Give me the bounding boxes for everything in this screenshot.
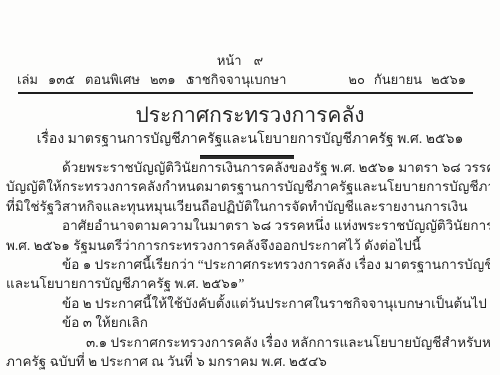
body-line: ข้อ ๓ ให้ยกเลิก	[6, 313, 490, 332]
body-line: ด้วยพระราชบัญญัติวินัยการเงินการคลังของร…	[6, 158, 490, 177]
body-line: ภาครัฐ ฉบับที่ ๒ ประกาศ ณ วันที่ ๖ มกราค…	[6, 352, 490, 371]
body-line: ข้อ ๒ ประกาศนี้ให้ใช้บังคับตั้งแต่วันประ…	[6, 294, 490, 313]
gazette-name: ราชกิจจานุเบกษา	[188, 71, 287, 89]
body-line: พ.ศ. ๒๕๖๑ รัฐมนตรีว่าการกระทรวงการคลังจึ…	[6, 236, 490, 255]
document-body: ด้วยพระราชบัญญัติวินัยการเงินการคลังของร…	[6, 158, 490, 371]
date-year: ๒๕๖๑	[431, 71, 466, 89]
page-number-row: หน้า ๙	[217, 53, 263, 69]
publication-date: ๒๐ กันยายน ๒๕๖๑	[348, 71, 466, 89]
body-line: ๓.๑ ประกาศกระทรวงการคลัง เรื่อง หลักการแ…	[6, 333, 490, 352]
body-line: บัญญัติให้กระทรวงการคลังกำหนดมาตรฐานการบ…	[6, 177, 490, 196]
document-title: ประกาศกระทรวงการคลัง	[0, 103, 500, 128]
date-month: กันยายน	[374, 71, 422, 89]
volume-label: เล่ม	[17, 71, 38, 89]
issue-number: ๒๓๑	[150, 71, 176, 89]
body-line: ที่มิใช่รัฐวิสาหกิจและทุนหมุนเวียนถือปฏิ…	[6, 197, 490, 216]
volume-issue-group: เล่ม ๑๓๕ ตอนพิเศษ ๒๓๑ ง	[17, 71, 192, 89]
issue-label: ตอนพิเศษ	[85, 71, 140, 89]
page-number: ๙	[254, 53, 264, 69]
page-label: หน้า	[217, 53, 242, 69]
gazette-page: หน้า ๙ เล่ม ๑๓๕ ตอนพิเศษ ๒๓๑ ง ราชกิจจาน…	[0, 0, 500, 375]
date-day: ๒๐	[348, 71, 365, 89]
masthead-row: เล่ม ๑๓๕ ตอนพิเศษ ๒๓๑ ง ราชกิจจานุเบกษา …	[0, 71, 500, 89]
document-subject: เรื่อง มาตรฐานการบัญชีภาครัฐและนโยบายการ…	[0, 130, 500, 149]
body-line: ข้อ ๑ ประกาศนี้เรียกว่า “ประกาศกระทรวงกา…	[6, 255, 490, 274]
volume-number: ๑๓๕	[48, 71, 75, 89]
header-rule	[18, 92, 473, 94]
body-line: และนโยบายการบัญชีภาครัฐ พ.ศ. ๒๕๖๑”	[6, 274, 490, 293]
body-line: อาศัยอำนาจตามความในมาตรา ๖๘ วรรคหนึ่ง แห…	[6, 216, 490, 235]
